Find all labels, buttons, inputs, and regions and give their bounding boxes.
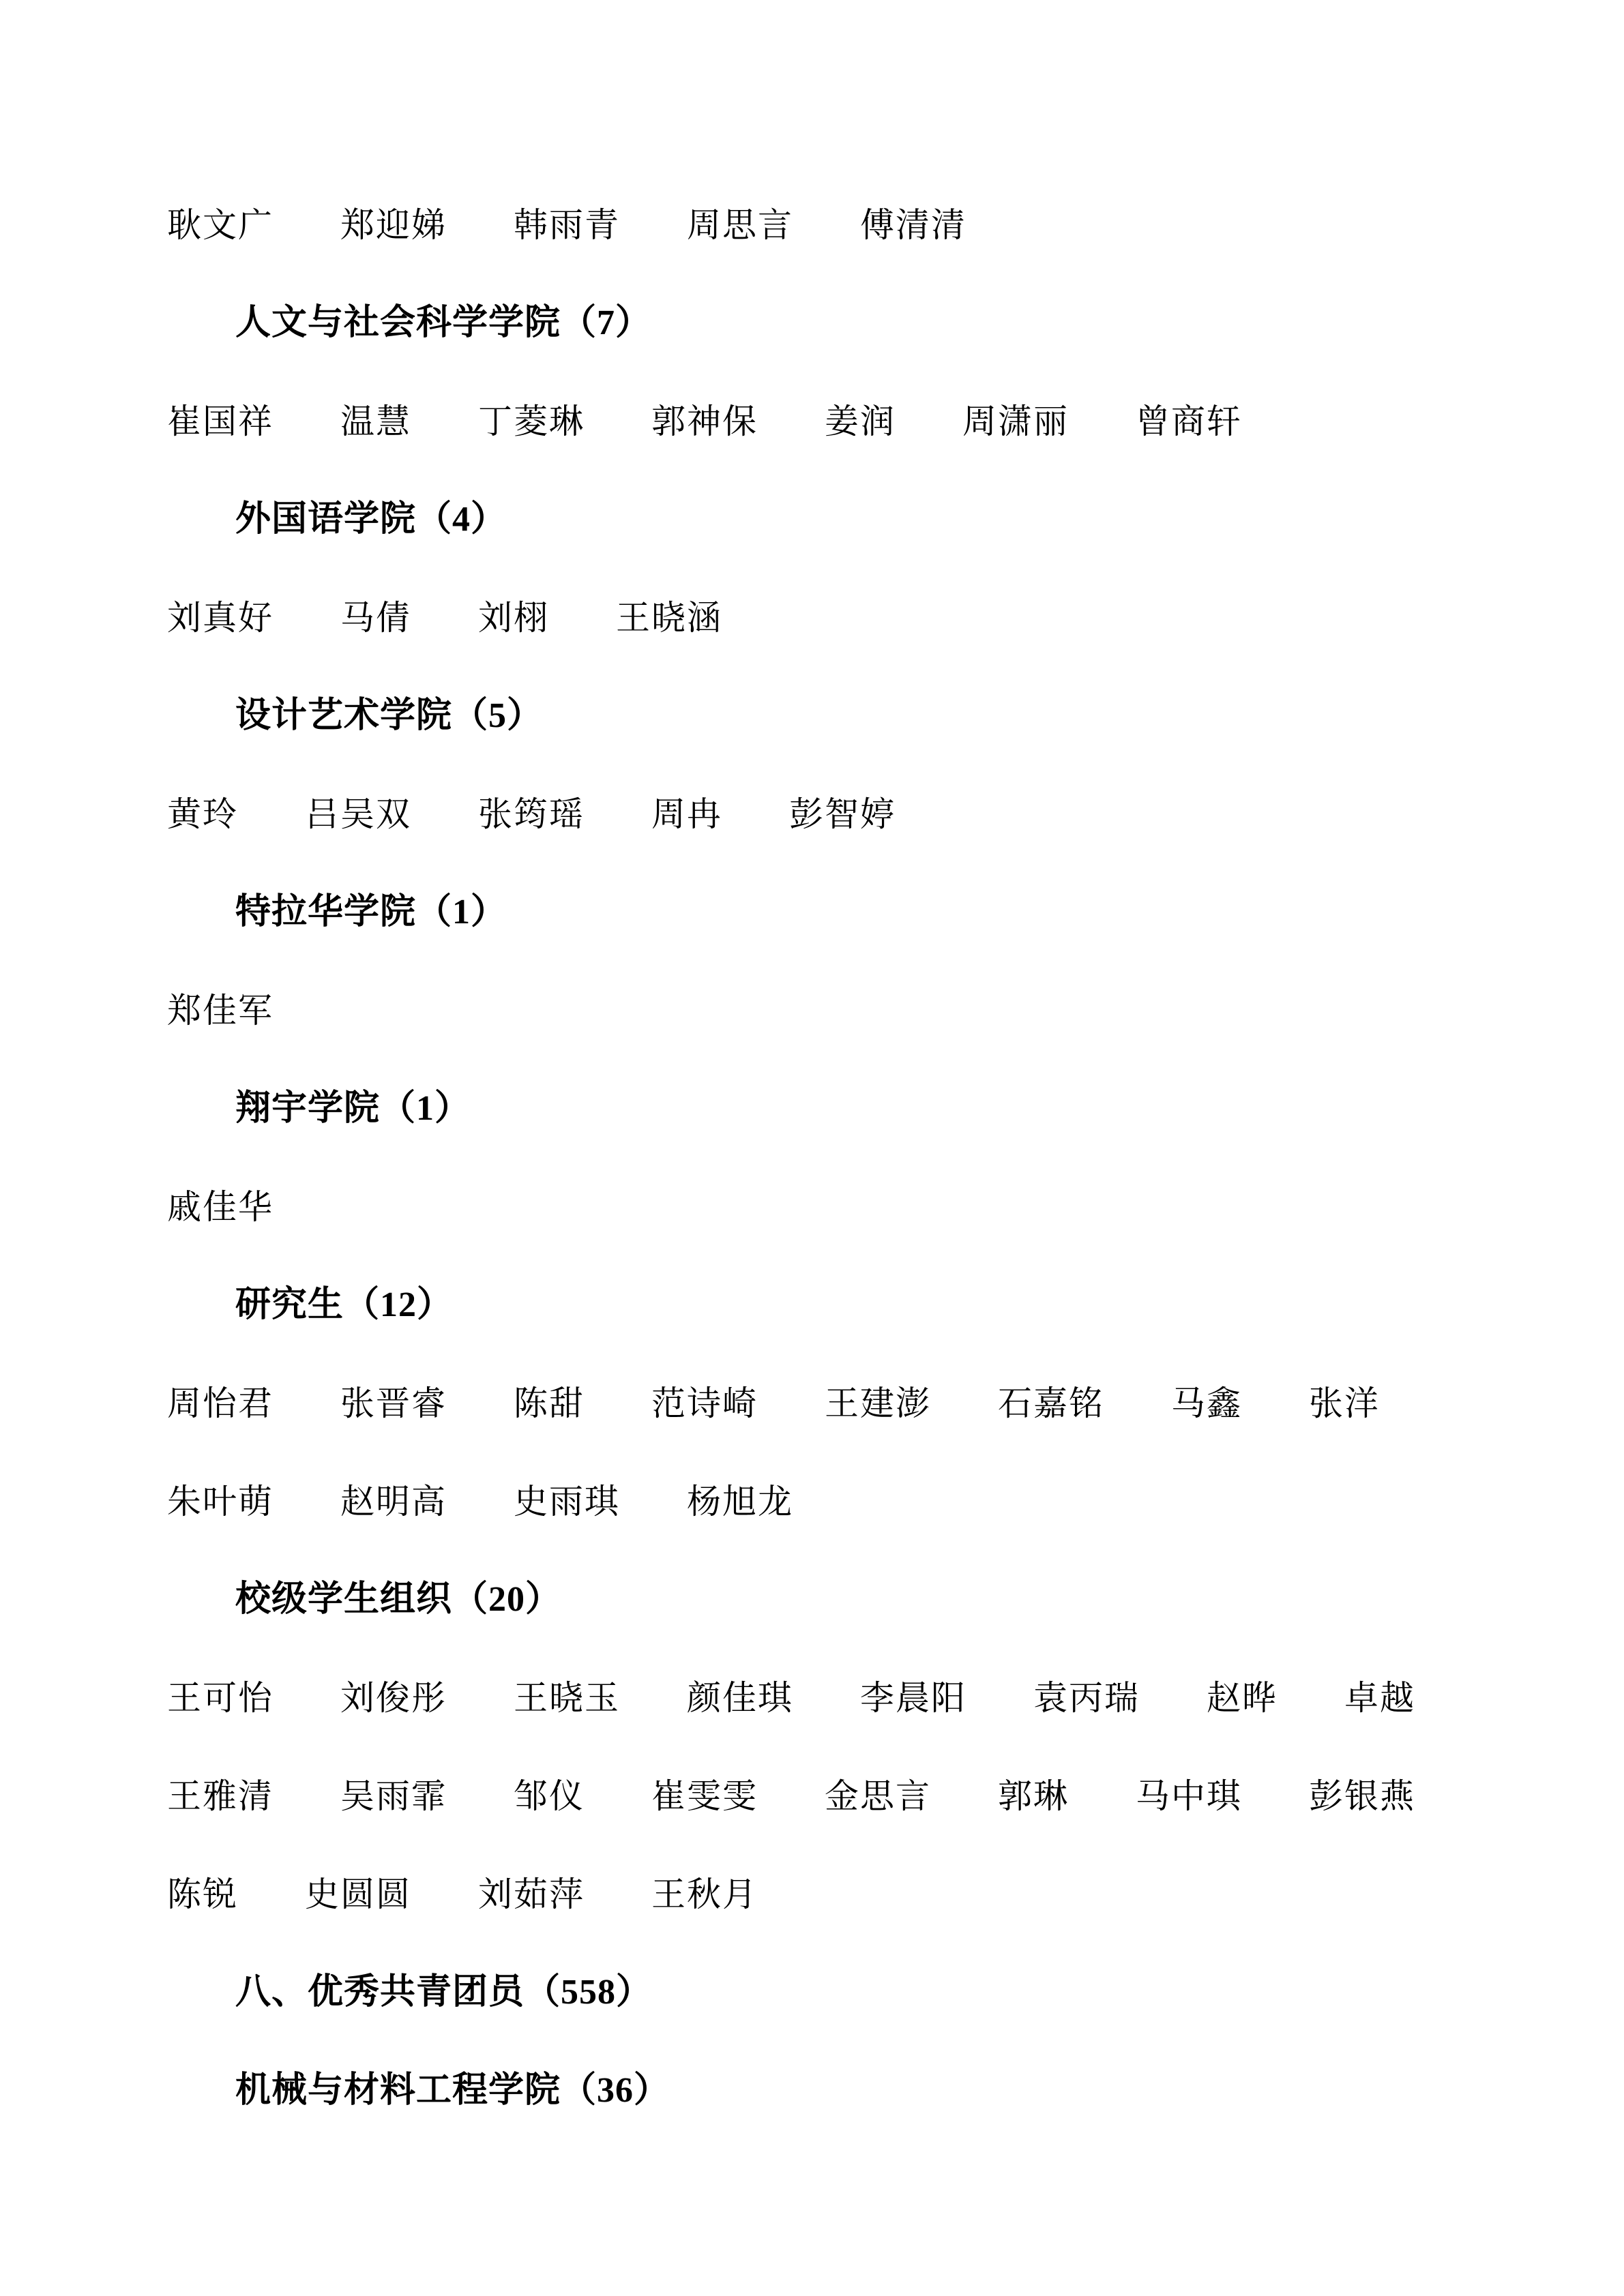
person-name: 陈锐 bbox=[167, 1874, 238, 1915]
names-row: 周怡君张晋睿陈甜范诗崎王建澎石嘉铭马鑫张洋 bbox=[167, 1383, 1474, 1424]
person-name: 彭智婷 bbox=[789, 794, 896, 835]
section-heading: 设计艺术学院（5） bbox=[167, 696, 1474, 736]
person-name: 张晋睿 bbox=[340, 1383, 447, 1424]
names-row: 王雅清吴雨霏邹仪崔雯雯金思言郭琳马中琪彭银燕 bbox=[167, 1776, 1474, 1817]
person-name: 刘茹萍 bbox=[478, 1874, 585, 1915]
person-name: 周怡君 bbox=[167, 1383, 274, 1424]
person-name: 赵明高 bbox=[340, 1481, 447, 1522]
person-name: 张筠瑶 bbox=[478, 794, 585, 835]
person-name: 温慧 bbox=[340, 401, 411, 442]
person-name: 石嘉铭 bbox=[998, 1383, 1104, 1424]
person-name: 李晨阳 bbox=[860, 1678, 966, 1718]
person-name: 袁丙瑞 bbox=[1033, 1678, 1140, 1718]
section-heading: 研究生（12） bbox=[167, 1285, 1474, 1326]
person-name: 颜佳琪 bbox=[687, 1678, 793, 1718]
person-name: 马倩 bbox=[340, 597, 411, 638]
person-name: 刘真好 bbox=[167, 597, 274, 638]
person-name: 郭神保 bbox=[651, 401, 758, 442]
person-name: 邹仪 bbox=[514, 1776, 585, 1817]
person-name: 黄玲 bbox=[167, 794, 238, 835]
document-page: 耿文广郑迎娣韩雨青周思言傅清清人文与社会科学学院（7）崔国祥温慧丁菱琳郭神保姜润… bbox=[0, 0, 1624, 2296]
person-name: 崔国祥 bbox=[167, 401, 274, 442]
person-name: 朱叶萌 bbox=[167, 1481, 274, 1522]
person-name: 王雅清 bbox=[167, 1776, 274, 1817]
person-name: 范诗崎 bbox=[651, 1383, 758, 1424]
person-name: 郑佳军 bbox=[167, 990, 274, 1031]
person-name: 张洋 bbox=[1309, 1383, 1380, 1424]
names-row: 陈锐史圆圆刘茹萍王秋月 bbox=[167, 1874, 1474, 1915]
person-name: 傅清清 bbox=[860, 205, 966, 245]
person-name: 王可怡 bbox=[167, 1678, 274, 1718]
person-name: 周潇丽 bbox=[962, 401, 1069, 442]
names-row: 耿文广郑迎娣韩雨青周思言傅清清 bbox=[167, 205, 1474, 245]
person-name: 周思言 bbox=[687, 205, 793, 245]
person-name: 曾商轩 bbox=[1136, 401, 1242, 442]
names-row: 戚佳华 bbox=[167, 1187, 1474, 1227]
person-name: 金思言 bbox=[825, 1776, 931, 1817]
person-name: 刘栩 bbox=[478, 597, 549, 638]
person-name: 丁菱琳 bbox=[478, 401, 585, 442]
person-name: 戚佳华 bbox=[167, 1187, 274, 1227]
names-row: 崔国祥温慧丁菱琳郭神保姜润周潇丽曾商轩 bbox=[167, 401, 1474, 442]
person-name: 吕吴双 bbox=[305, 794, 411, 835]
person-name: 韩雨青 bbox=[514, 205, 620, 245]
section-heading: 特拉华学院（1） bbox=[167, 892, 1474, 933]
person-name: 崔雯雯 bbox=[651, 1776, 758, 1817]
person-name: 马鑫 bbox=[1171, 1383, 1242, 1424]
person-name: 郭琳 bbox=[998, 1776, 1069, 1817]
names-row: 郑佳军 bbox=[167, 990, 1474, 1031]
person-name: 刘俊彤 bbox=[340, 1678, 447, 1718]
person-name: 王晓玉 bbox=[514, 1678, 620, 1718]
section-heading: 人文与社会科学学院（7） bbox=[167, 303, 1474, 344]
person-name: 马中琪 bbox=[1136, 1776, 1242, 1817]
person-name: 彭银燕 bbox=[1309, 1776, 1415, 1817]
person-name: 王晓涵 bbox=[616, 597, 722, 638]
section-heading: 机械与材料工程学院（36） bbox=[167, 2070, 1474, 2111]
person-name: 王秋月 bbox=[651, 1874, 758, 1915]
person-name: 杨旭龙 bbox=[687, 1481, 793, 1522]
names-row: 王可怡刘俊彤王晓玉颜佳琪李晨阳袁丙瑞赵晔卓越 bbox=[167, 1678, 1474, 1718]
names-row: 黄玲吕吴双张筠瑶周冉彭智婷 bbox=[167, 794, 1474, 835]
section-heading: 外国语学院（4） bbox=[167, 499, 1474, 540]
person-name: 郑迎娣 bbox=[340, 205, 447, 245]
section-heading: 校级学生组织（20） bbox=[167, 1579, 1474, 1620]
person-name: 吴雨霏 bbox=[340, 1776, 447, 1817]
person-name: 史圆圆 bbox=[305, 1874, 411, 1915]
person-name: 卓越 bbox=[1344, 1678, 1415, 1718]
section-heading: 翔宇学院（1） bbox=[167, 1088, 1474, 1129]
person-name: 耿文广 bbox=[167, 205, 274, 245]
section-heading: 八、优秀共青团员（558） bbox=[167, 1972, 1474, 2013]
person-name: 周冉 bbox=[651, 794, 722, 835]
person-name: 陈甜 bbox=[514, 1383, 585, 1424]
names-row: 刘真好马倩刘栩王晓涵 bbox=[167, 597, 1474, 638]
names-row: 朱叶萌赵明高史雨琪杨旭龙 bbox=[167, 1481, 1474, 1522]
person-name: 姜润 bbox=[825, 401, 896, 442]
person-name: 王建澎 bbox=[825, 1383, 931, 1424]
person-name: 史雨琪 bbox=[514, 1481, 620, 1522]
person-name: 赵晔 bbox=[1207, 1678, 1278, 1718]
